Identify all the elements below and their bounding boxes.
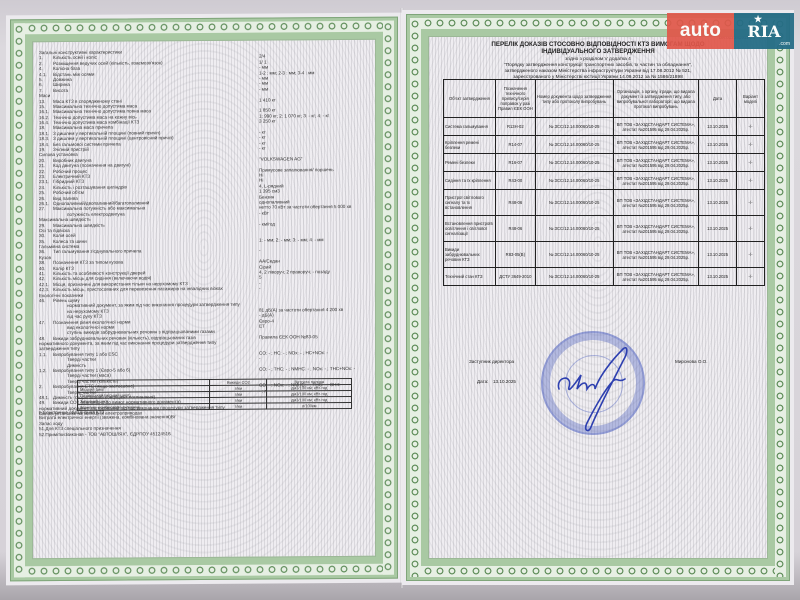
notes-section: 5.Електричне обладнання КТЗВитрата елект…	[39, 408, 369, 437]
table-cell: -/-	[737, 172, 765, 190]
table-cell: ДСТУ 3649-2010	[495, 268, 535, 286]
table-cell: -/-	[737, 154, 765, 172]
table-row: Викиди забруднювальних речовин КТЗR83-05…	[444, 242, 765, 268]
table-cell: R14-07	[495, 136, 535, 154]
ornament-border-right	[383, 21, 394, 575]
ornament-border-bottom	[410, 566, 786, 577]
title-line-2: ІНДИВІДУАЛЬНОГО ЗАТВЕРДЖЕННЯ	[429, 48, 767, 55]
table-cell: -/-	[737, 190, 765, 216]
column-header: Дата	[699, 80, 737, 118]
table-row: Система гальмуванняR13Н-02№ ЗСС/12.14.00…	[444, 118, 765, 136]
right-page-evidence-list: Додаток до свідоцтва UA.012381911-25 ПЕР…	[402, 10, 794, 585]
ornament-border-right	[775, 18, 786, 577]
table-cell: Ремені безпеки	[444, 154, 496, 172]
logo-ria-text: RIA	[747, 22, 780, 41]
column-header: Варіант моделі	[737, 80, 765, 118]
table-cell: Система гальмування	[444, 118, 496, 136]
guilloche-background: Загальні конструктивні характеристики1.К…	[32, 39, 376, 559]
table-cell: -/-	[737, 136, 765, 154]
table-cell: ВП ТОВ «ЗАХІДСТАНДАРТ СИСТЕМА», атестат …	[613, 242, 699, 268]
table-cell: -/-	[737, 118, 765, 136]
table-cell: 13.10.2025	[699, 136, 737, 154]
table-cell: ВП ТОВ «ЗАХІДСТАНДАРТ СИСТЕМА», атестат …	[613, 154, 699, 172]
table-cell: № ЗСС/12.14.00060/10-25	[535, 154, 613, 172]
table-cell: Сидіння та їх кріплення	[444, 172, 496, 190]
table-cell: № ЗСС/12.14.00060/10-25	[535, 136, 613, 154]
table-cell: ВП ТОВ «ЗАХІДСТАНДАРТ СИСТЕМА», атестат …	[613, 216, 699, 242]
table-cell: Викиди забруднювальних речовин КТЗ	[444, 242, 496, 268]
spec-value: Виконав - ТОВ "АВТОШЛЯХ", ЄДРПОУ 4512451…	[66, 431, 171, 437]
signatory-position: Заступник директора	[469, 359, 514, 364]
table-cell: 13.10.2025	[699, 118, 737, 136]
table-cell: 13.10.2025	[699, 242, 737, 268]
table-cell: № ЗСС/12.14.00060/10-25	[535, 216, 613, 242]
signatory-name: Миронова О.О.	[675, 359, 708, 364]
column-header: Об'єкт затвердження	[444, 80, 496, 118]
autoria-watermark-logo: auto ★ RIA .com	[667, 13, 794, 49]
table-cell: -/-	[737, 268, 765, 286]
signature-icon	[547, 337, 647, 437]
table-row: Технічний стан КТЗДСТУ 3649-2010№ ЗСС/12…	[444, 268, 765, 286]
table-cell: R43-00	[495, 172, 535, 190]
table-cell: № ЗСС/12.14.00060/10-25	[535, 190, 613, 216]
spec-label: Запас ходу	[39, 421, 63, 426]
table-cell: Пристрої світлового сигналу та їх встано…	[444, 190, 496, 216]
table-row: Пристрої світлового сигналу та їх встано…	[444, 190, 765, 216]
column-header: Організація, з органу, ігради, що видала…	[613, 80, 699, 118]
logo-ria-block: ★ RIA .com	[734, 13, 794, 49]
table-cell: ВП ТОВ «ЗАХІДСТАНДАРТ СИСТЕМА», атестат …	[613, 172, 699, 190]
date-value: 13.10.2025	[493, 379, 516, 384]
table-cell: № ЗСС/12.14.00060/10-25	[535, 242, 613, 268]
table-cell: R48-06	[495, 216, 535, 242]
table-cell: № ЗСС/12.14.00060/10-25	[535, 172, 613, 190]
table-cell: R16-07	[495, 154, 535, 172]
table-row: Кріплення ремені безпекиR14-07№ ЗСС/12.1…	[444, 136, 765, 154]
ornament-border-left	[14, 23, 25, 577]
spec-row: 52.Примітки:Виконав - ТОВ "АВТОШЛЯХ", ЄД…	[39, 429, 369, 437]
vehicle-specs-list: Загальні конструктивні характеристики1.К…	[39, 48, 369, 417]
table-cell: Технічний стан КТЗ	[444, 268, 496, 286]
left-page-certificate: Загальні конструктивні характеристики1.К…	[6, 13, 402, 586]
evidence-table: Об'єкт затвердженняПозначення технічного…	[443, 79, 765, 286]
date-label: Дата:	[477, 379, 488, 384]
table-row: Встановлення пристроїв освітлення і світ…	[444, 216, 765, 242]
table-cell: R48-06	[495, 190, 535, 216]
spec-value: Вт	[171, 415, 176, 420]
spec-label: Примітки:	[45, 432, 66, 437]
table-cell: Кріплення ремені безпеки	[444, 136, 496, 154]
table-cell: R13Н-02	[495, 118, 535, 136]
table-cell: 13.10.2025	[699, 172, 737, 190]
table-row: Сидіння та їх кріпленняR43-00№ ЗСС/12.14…	[444, 172, 765, 190]
document-subtitle: згідно з розділом V додатка 4 "Порядку з…	[429, 57, 767, 81]
table-cell: № ЗСС/12.14.00060/10-25	[535, 118, 613, 136]
table-cell: 13.10.2025	[699, 216, 737, 242]
table-cell: ВП ТОВ «ЗАХІДСТАНДАРТ СИСТЕМА», атестат …	[613, 136, 699, 154]
table-cell: ВП ТОВ «ЗАХІДСТАНДАРТ СИСТЕМА», атестат …	[613, 268, 699, 286]
logo-domain-text: .com	[779, 41, 790, 47]
column-header: Позначення технічного припису/серія попр…	[495, 80, 535, 118]
table-cell: ВП ТОВ «ЗАХІДСТАНДАРТ СИСТЕМА», атестат …	[613, 190, 699, 216]
spec-label: Витрата електричної енергії (зважена, ко…	[39, 415, 171, 421]
column-header: Номер документа щодо затвердження типу а…	[535, 80, 613, 118]
logo-auto-text: auto	[667, 13, 734, 49]
table-cell: 13.10.2025	[699, 268, 737, 286]
table-cell: ВП ТОВ «ЗАХІДСТАНДАРТ СИСТЕМА», атестат …	[613, 118, 699, 136]
table-cell: R83-05(B)	[495, 242, 535, 268]
table-row: Ремені безпекиR16-07№ ЗСС/12.14.00060/10…	[444, 154, 765, 172]
table-cell: 13.10.2025	[699, 190, 737, 216]
table-cell: -/-	[737, 242, 765, 268]
ornament-border-left	[410, 18, 421, 577]
emissions-table: Викиди CO2Витрата паливаМіський циклг/км…	[77, 378, 352, 411]
table-cell: 13.10.2025	[699, 154, 737, 172]
star-icon: ★	[754, 15, 762, 25]
table-cell: Встановлення пристроїв освітлення і світ…	[444, 216, 496, 242]
guilloche-background: Додаток до свідоцтва UA.012381911-25 ПЕР…	[428, 36, 768, 559]
table-cell: -/-	[737, 216, 765, 242]
table-cell: № ЗСС/12.14.00060/10-25	[535, 268, 613, 286]
